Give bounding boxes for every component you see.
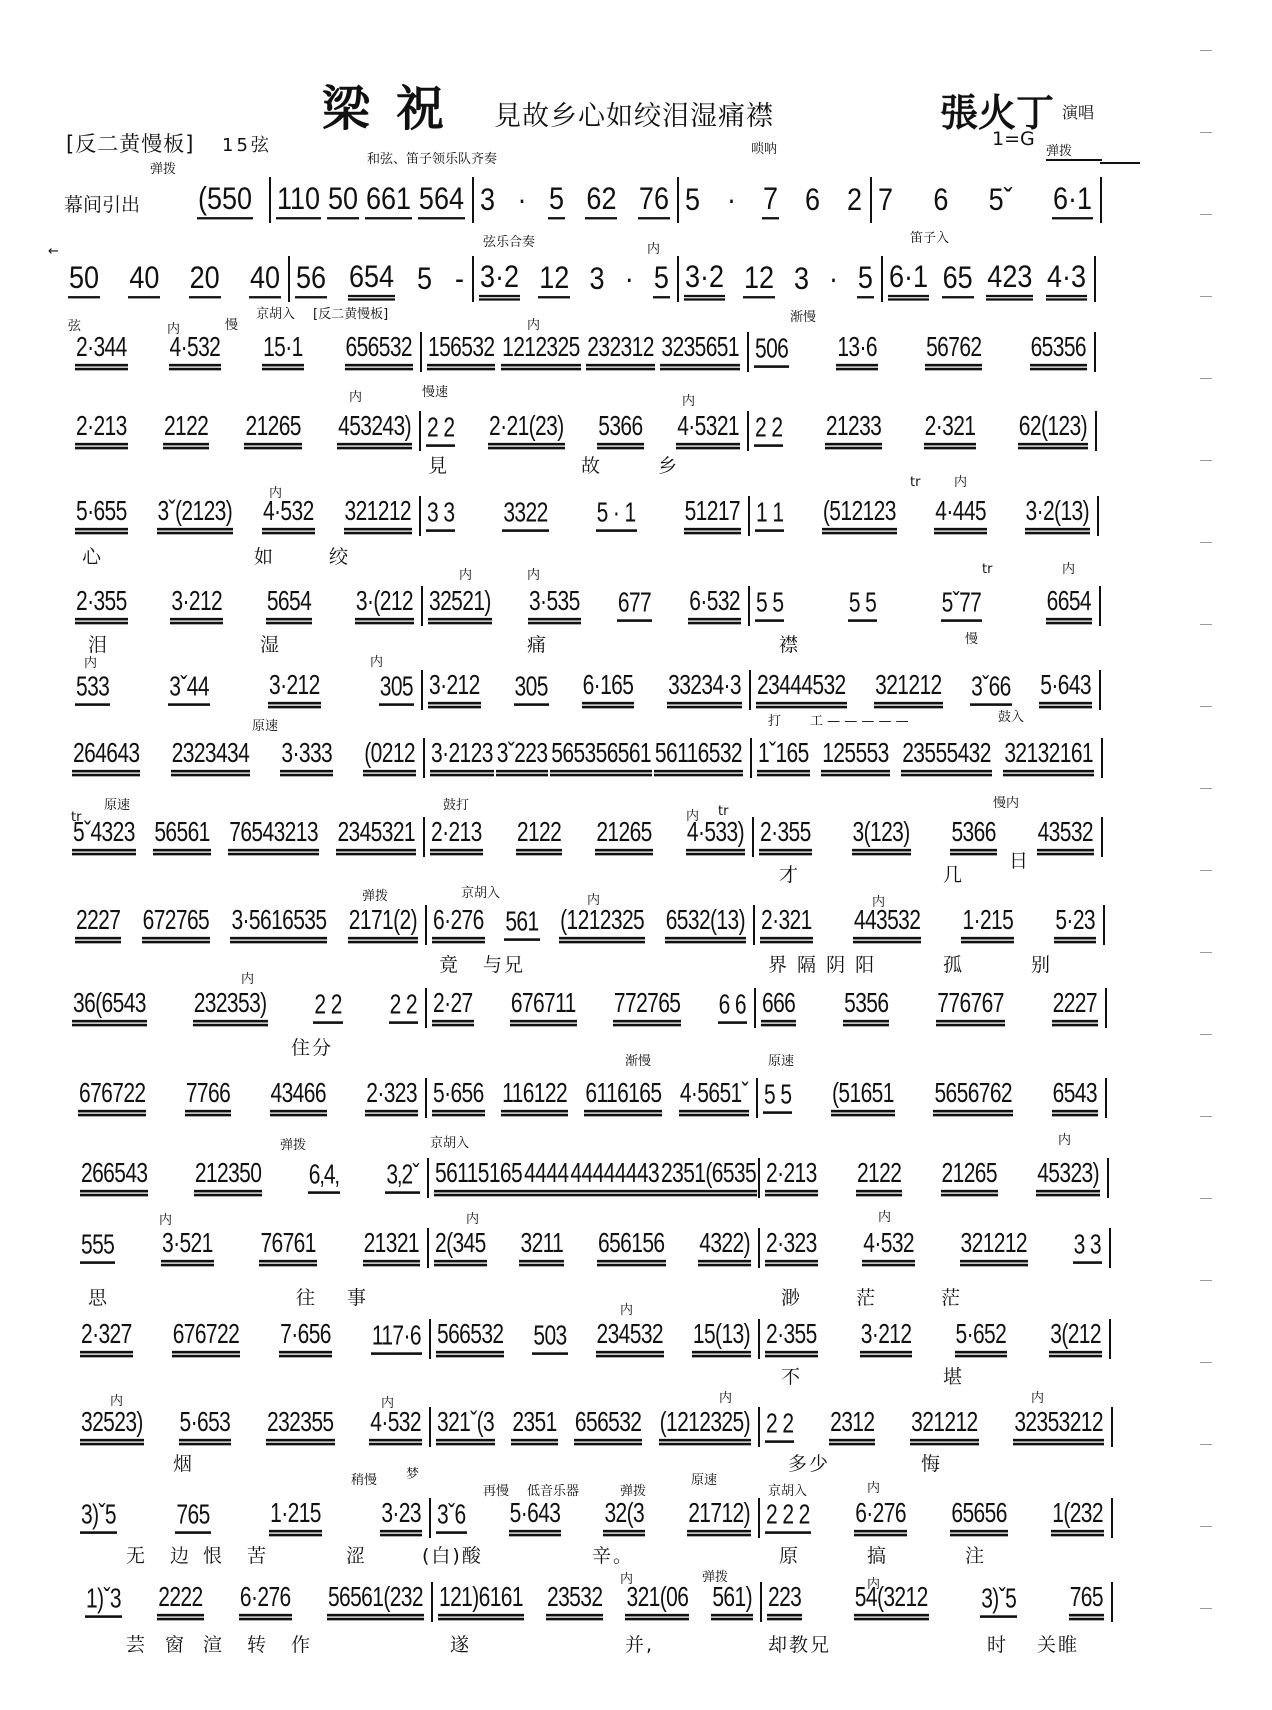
measure: 6767227766434662·323 — [78, 1075, 418, 1119]
measure: 3 333225 · 151217 — [426, 493, 741, 537]
measure: 6·1654234·3 — [888, 258, 1087, 302]
lyric-text: 往 — [296, 1288, 317, 1308]
lyric-text: 几 — [943, 865, 964, 885]
note-group: 43466 — [270, 1078, 327, 1116]
note-group: 56 — [295, 262, 327, 299]
measure: 765ˇ6·1 — [877, 179, 1093, 223]
lyric-text: 原 — [779, 1546, 800, 1566]
measure: 5ˇ432356561765432132345321 — [72, 814, 416, 858]
note-group: 56762 — [925, 332, 982, 370]
barline — [749, 670, 751, 710]
banqiang-label: [反二黄慢板] — [66, 128, 194, 158]
performance-annotation: 原速 — [691, 1474, 717, 1488]
measure: 22354(32123)ˇ5765 — [767, 1579, 1104, 1623]
barline — [1103, 905, 1105, 945]
note-group: 2·323 — [765, 1228, 818, 1266]
note-group: 40 — [249, 262, 281, 299]
performance-annotation: 内 — [620, 1304, 633, 1318]
note-group: 5366 — [950, 817, 996, 855]
note-group: 3·212 — [268, 670, 321, 708]
measure: 566545- — [295, 258, 465, 302]
score-line-8: 26464323234343·333(02123·21233ˇ223565356… — [0, 735, 1272, 779]
note-group: 3·333 — [280, 738, 333, 776]
margin-tick — [1200, 1116, 1212, 1117]
performance-annotation: 内 — [349, 391, 362, 405]
score-line-5: 5·6553ˇ(2123)4·5323212123 333225 · 15121… — [0, 493, 1272, 537]
note-group: 2222 — [157, 1582, 203, 1620]
performer-role: 演唱 — [1062, 100, 1094, 123]
barline — [758, 1498, 760, 1538]
measure: 5 5(5165156567626543 — [763, 1075, 1098, 1119]
note-group: 6·532 — [688, 586, 741, 624]
performance-annotation: 慢内 — [993, 797, 1019, 811]
measure: 36(6543232353)2 22 2 — [72, 985, 418, 1029]
note-group: 223 — [767, 1582, 802, 1620]
note-group: 4·532 — [369, 1407, 422, 1445]
note-group: 2·321 — [924, 411, 977, 449]
note-group: 2122 — [516, 817, 562, 855]
barline — [425, 905, 427, 945]
note-group: 2(345 — [434, 1228, 487, 1266]
barline — [758, 1228, 760, 1268]
performance-annotation: 京胡入 — [256, 308, 295, 322]
lyric-text: 痛 — [527, 635, 548, 655]
performance-annotation: 梦 — [406, 1468, 419, 1482]
performance-annotation: 工 — — — — — — [810, 715, 909, 729]
lyric-text: 思 — [88, 1288, 109, 1308]
note-group: 2122 — [163, 411, 209, 449]
barline — [758, 1158, 760, 1198]
note-group: 3 — [479, 184, 496, 219]
barline — [760, 1582, 762, 1622]
lyric-text: 悔 — [921, 1454, 942, 1474]
note-group: 2 — [846, 184, 863, 219]
note-group: 2·213 — [75, 411, 128, 449]
performance-annotation: 内 — [1031, 1392, 1044, 1406]
note-group: 423 — [986, 260, 1033, 300]
measure: 3·2123056·16533234·3 — [428, 667, 742, 711]
note-group: · — [726, 184, 737, 219]
lyric-text: 烟 — [173, 1454, 194, 1474]
note-group: 2323434 — [171, 738, 251, 776]
note-group: 21321 — [363, 1228, 420, 1266]
note-group: 6·276 — [239, 1582, 292, 1620]
score-line-18: 1)ˇ322226·27656561(232121)616123532321(0… — [0, 1579, 1272, 1623]
note-group: · — [516, 184, 527, 219]
measure: 1)ˇ322226·27656561(232 — [85, 1579, 424, 1623]
score-line-1: (550110506615643·562765·762765ˇ6·1 — [0, 179, 1272, 223]
note-group: 2 2 — [765, 1409, 794, 1443]
performance-annotation: 打 — [768, 715, 781, 729]
barline — [423, 738, 425, 778]
note-group: 1 1 — [755, 498, 784, 532]
note-group: 6·276 — [854, 1498, 907, 1536]
performance-annotation: 弹拨 — [702, 1571, 728, 1585]
performance-annotation: 内 — [241, 973, 254, 987]
measure: (550 — [197, 179, 262, 223]
note-group: 5·655 — [75, 496, 128, 534]
note-group: 4·445 — [934, 496, 987, 534]
note-group: 5 5 — [763, 1080, 792, 1114]
note-group: 656532 — [345, 332, 413, 370]
barline — [1094, 332, 1096, 372]
note-group: 533 — [75, 672, 110, 706]
barline — [1105, 1078, 1107, 1118]
barline — [1111, 1582, 1113, 1622]
note-group: 5ˇ77 — [941, 588, 983, 622]
note-group: (0212 — [363, 738, 416, 776]
note-group: 76 — [638, 183, 670, 220]
note-group: 21265 — [244, 411, 301, 449]
note-group: 1)ˇ3 — [85, 1584, 122, 1618]
barline — [1109, 1228, 1111, 1268]
note-group: 76543213 — [228, 817, 319, 855]
barline — [427, 1158, 429, 1198]
note-group: 65656 — [950, 1498, 1007, 1536]
note-group: 3(123) — [852, 817, 911, 855]
lyric-text: 界 隔 阴 阳 — [768, 955, 876, 975]
note-group: 2345321 — [336, 817, 416, 855]
note-group: 776767 — [936, 988, 1004, 1026]
performance-annotation: 再慢 — [483, 1485, 509, 1499]
performance-annotation: ← — [48, 245, 59, 259]
margin-tick — [1200, 378, 1212, 379]
note-group: 2227 — [75, 905, 121, 943]
score-line-12: 6767227766434662·3235·65611612261161654·… — [0, 1075, 1272, 1119]
score-line-6: 2·3553·21256543·(21232521)3·5356776·5325… — [0, 583, 1272, 627]
note-group: 661 — [365, 183, 412, 220]
note-group: 2·355 — [75, 586, 128, 624]
note-group: 36(6543 — [72, 988, 147, 1026]
lyric-text: 住分 — [291, 1038, 333, 1058]
performance-annotation: 内 — [686, 810, 699, 824]
note-group: 3·2123 — [430, 738, 494, 776]
margin-tick — [1200, 1608, 1212, 1609]
bracket-rule — [1100, 162, 1140, 164]
note-group: 2·27 — [432, 988, 474, 1026]
barline — [754, 988, 756, 1028]
barline — [472, 256, 474, 302]
barline — [1109, 1319, 1111, 1359]
margin-tick — [1200, 952, 1212, 953]
lyric-text: 无 — [126, 1546, 147, 1566]
measure: 5553·5217676121321 — [80, 1225, 420, 1269]
measure: 2·3553·21256543·(212 — [75, 583, 414, 627]
barline — [288, 256, 290, 302]
note-group: 656532 — [574, 1407, 642, 1445]
measure: 15653212123252323123235651 — [427, 329, 740, 373]
performance-annotation: 内 — [682, 395, 695, 409]
performance-annotation: tr — [718, 805, 728, 819]
barline — [747, 411, 749, 451]
note-group: 2·344 — [75, 332, 128, 370]
note-group: 12 — [538, 262, 570, 299]
note-group: 62(123) — [1018, 411, 1088, 449]
performance-annotation: 内 — [370, 656, 383, 670]
lyric-text: 转 — [247, 1635, 268, 1655]
note-group: 7 — [877, 184, 894, 219]
lyric-text: 泪 — [88, 635, 109, 655]
measure: 26464323234343·333(0212 — [72, 735, 416, 779]
note-group: 117·6 — [371, 1321, 422, 1355]
note-group: 23444532 — [756, 670, 847, 708]
note-group: 5 — [653, 262, 670, 299]
note-group: 6116165 — [584, 1078, 662, 1116]
note-group: (1212325 — [559, 905, 645, 943]
score-line-3: 2·3444·53215·165653215653212123252323123… — [0, 329, 1272, 373]
note-group: 666 — [761, 988, 796, 1026]
performance-annotation: 弹拨 — [620, 1485, 646, 1499]
note-group: 561 — [504, 907, 539, 941]
note-group: 676722 — [78, 1078, 146, 1116]
barline — [748, 586, 750, 626]
performance-annotation: 内 — [167, 323, 180, 337]
note-group: 6·276 — [432, 905, 485, 943]
measure: 321ˇ(32351656532(1212325) — [436, 1404, 751, 1448]
note-group: 125553 — [821, 738, 889, 776]
score-page: [反二黄慢板] 15弦 梁祝 見故乡心如绞泪湿痛襟 張火丁 演唱 1=G 弹拨 … — [0, 0, 1272, 1710]
performance-annotation: tr — [71, 811, 81, 825]
barline — [753, 905, 755, 945]
performance-annotation: 内 — [647, 243, 660, 257]
note-group: 7766 — [185, 1078, 231, 1116]
note-group: 3·23 — [380, 1498, 422, 1536]
note-group: 5·643 — [509, 1498, 562, 1536]
lyric-text: 却教兄 — [768, 1635, 831, 1655]
note-group: 6 — [804, 184, 821, 219]
note-group: 5 · 1 — [596, 498, 637, 532]
note-group: 765 — [1069, 1582, 1104, 1620]
note-group: 5·643 — [1039, 670, 1092, 708]
note-group: 3·521 — [161, 1228, 214, 1266]
note-group: 6·1 — [888, 260, 929, 300]
measure: 2(34532116561564322) — [434, 1225, 751, 1269]
note-group: 156532 — [427, 332, 495, 370]
performance-annotation: 鼓打 — [443, 799, 469, 813]
note-group: 5ˇ4323 — [72, 817, 136, 855]
note-group: 56115165 — [434, 1158, 523, 1196]
note-group: 3 — [793, 263, 810, 298]
note-group: 5366 — [597, 411, 643, 449]
barline — [425, 988, 427, 1028]
barline — [1097, 496, 1099, 536]
note-group: 4·532 — [169, 332, 222, 370]
measure: 2·21321222126545323) — [765, 1155, 1100, 1199]
note-group: 12 — [743, 262, 775, 299]
note-group: 32132161 — [1003, 738, 1094, 776]
note-group: 5 — [684, 184, 701, 219]
note-group: 56116532 — [654, 738, 743, 776]
note-group: 2 2 — [313, 990, 342, 1024]
performance-annotation: 渐慢 — [790, 311, 816, 325]
barline — [421, 586, 423, 626]
lyric-text: 不 — [781, 1367, 802, 1387]
barline — [748, 496, 750, 536]
note-group: 234532 — [596, 1319, 664, 1357]
note-group: 212350 — [194, 1158, 262, 1196]
note-group: 2·213 — [430, 817, 483, 855]
measure: 5·6553ˇ(2123)4·532321212 — [75, 493, 412, 537]
performance-annotation: 慢 — [225, 319, 238, 333]
note-group: 2351(6535 — [660, 1158, 757, 1196]
lyric-text: 竟 — [439, 955, 460, 975]
measure: 121)616123532321(06561) — [438, 1579, 753, 1623]
performance-annotation: 渐慢 — [625, 1055, 651, 1069]
measure: 2665432123506‚4‚3‚2ˇ — [80, 1155, 420, 1199]
note-group: 32523) — [80, 1407, 144, 1445]
note-group: 56561(232 — [327, 1582, 424, 1620]
note-group: 50 — [327, 183, 359, 220]
note-group: 3 3 — [426, 498, 455, 532]
margin-tick — [1200, 296, 1212, 297]
performance-annotation: 低音乐器 — [527, 1485, 579, 1499]
key-signature: 1=G — [992, 128, 1035, 150]
note-group: 5 5 — [848, 588, 877, 622]
lyric-text: 注 — [965, 1546, 986, 1566]
note-group: 266543 — [80, 1158, 148, 1196]
performance-annotation: 和弦、笛子领乐队齐奏 — [367, 153, 497, 167]
measure: 234445323212123ˇ665·643 — [756, 667, 1092, 711]
note-group: 51217 — [684, 496, 741, 534]
measure: 2·3444·53215·1656532 — [75, 329, 413, 373]
lyric-text: 别 — [1031, 955, 1052, 975]
barline — [747, 332, 749, 372]
measure: 1 1(5121234·4453·2(13) — [755, 493, 1090, 537]
note-group: 1ˇ165 — [757, 738, 810, 776]
measure: 5333ˇ443·212305 — [75, 667, 414, 711]
note-group: 321212 — [910, 1407, 978, 1445]
note-group: 4·532 — [262, 496, 315, 534]
barline — [677, 256, 679, 302]
performance-annotation: 唢呐 — [751, 143, 777, 157]
barline — [1099, 670, 1101, 710]
note-group: 50 — [68, 262, 100, 299]
note-group: 3ˇ66 — [970, 672, 1012, 706]
barline — [419, 496, 421, 536]
note-group: 656156 — [597, 1228, 665, 1266]
note-group: 6654 — [1046, 586, 1092, 624]
barline — [677, 177, 679, 223]
note-group: 2 2 — [389, 990, 418, 1024]
margin-tick — [1200, 542, 1212, 543]
score-line-10: 22276727653·56165352171(2)6·276561(12123… — [0, 902, 1272, 946]
lyric-text: 湿 — [260, 635, 281, 655]
note-group: 503 — [532, 1321, 567, 1355]
measure: 2·3234·5323212123 3 — [765, 1225, 1102, 1269]
lyric-text: 如 — [254, 547, 275, 567]
lyric-text: 辛。 — [592, 1546, 634, 1566]
measure: 5·762 — [684, 179, 863, 223]
note-group: 2351 — [511, 1407, 557, 1445]
score-line-11: 36(6543232353)2 22 22·276767117727656 66… — [0, 985, 1272, 1029]
note-group: 4444 — [523, 1158, 569, 1196]
note-group: 3ˇ(2123) — [157, 496, 234, 534]
note-group: 3‚2ˇ — [385, 1160, 420, 1194]
note-group: 2·327 — [80, 1319, 133, 1357]
lyric-text: 見 — [428, 456, 449, 476]
note-group: 7 — [762, 183, 779, 220]
note-group: 21265 — [941, 1158, 998, 1196]
note-group: 3)ˇ5 — [80, 1500, 117, 1534]
measure: 3·56276 — [479, 179, 670, 223]
note-group: 264643 — [72, 738, 140, 776]
margin-tick — [1200, 1444, 1212, 1445]
measure: 2 2 26·276656561(232 — [765, 1495, 1104, 1539]
note-group: (550 — [197, 183, 253, 220]
lyric-text: 作 — [291, 1635, 312, 1655]
note-group: 32521) — [428, 586, 492, 624]
barline — [472, 177, 474, 223]
lyric-text: 与兄 — [483, 955, 525, 975]
performance-annotation: 笛子入 — [910, 232, 949, 246]
performance-annotation: 原速 — [104, 799, 130, 813]
measure: 3·2123·5 — [684, 258, 874, 302]
note-group: 4·5321 — [676, 411, 740, 449]
note-group: 654 — [348, 260, 395, 300]
note-group: 564 — [418, 183, 465, 220]
score-line-13: 2665432123506‚4‚3‚2ˇ56115165444444444443… — [0, 1155, 1272, 1199]
measure: 2 22·21(23)53664·5321 — [426, 408, 740, 452]
lyric-text: 遂 — [450, 1635, 471, 1655]
barline — [1094, 256, 1096, 302]
margin-tick — [1200, 788, 1212, 789]
lyric-text: 事 — [347, 1288, 368, 1308]
performance-annotation: 内 — [466, 1213, 479, 1227]
performance-annotation: 内 — [878, 1211, 891, 1225]
performance-annotation: 京胡入 — [430, 1137, 469, 1151]
note-group: 6 — [932, 184, 949, 219]
measure: 6·276561(12123256532(13) — [432, 902, 746, 946]
measure: 32521)3·5356776·532 — [428, 583, 741, 627]
measure: 50613·65676265356 — [754, 329, 1087, 373]
note-group: 232312 — [586, 332, 654, 370]
margin-tick — [1200, 870, 1212, 871]
barline — [420, 332, 422, 372]
lyric-text: 芸 — [126, 1635, 147, 1655]
note-group: 566532 — [436, 1319, 504, 1357]
score-line-15: 2·3276767227·656117·656653250323453215(1… — [0, 1316, 1272, 1360]
performance-annotation: 京胡入 — [461, 887, 500, 901]
barline — [870, 177, 872, 223]
measure: 1ˇ1651255532355543232132161 — [757, 735, 1094, 779]
note-group: 3ˇ44 — [168, 672, 210, 706]
measure: 5 55 55ˇ776654 — [755, 583, 1092, 627]
barline — [425, 1078, 427, 1118]
performance-annotation: 内 — [867, 1578, 880, 1592]
measure: 2 2231232121232353212 — [765, 1404, 1104, 1448]
note-group: 561) — [711, 1582, 753, 1620]
performance-annotation: 弹拨 — [362, 890, 388, 904]
note-group: 3322 — [502, 498, 548, 532]
note-group: 3(212 — [1049, 1319, 1102, 1357]
note-group: 121)6161 — [438, 1582, 524, 1620]
note-group: 232355 — [266, 1407, 334, 1445]
barline — [429, 1498, 431, 1538]
note-group: 3·5616535 — [230, 905, 327, 943]
performance-annotation: 慢速 — [422, 386, 448, 400]
margin-tick — [1200, 132, 1212, 133]
note-group: 56561 — [153, 817, 210, 855]
note-group: 1·215 — [269, 1498, 322, 1536]
note-group: 2·323 — [365, 1078, 418, 1116]
note-group: 6·1 — [1052, 183, 1093, 220]
measure: 3·21233ˇ22356535656156116532 — [430, 735, 743, 779]
note-group: 321212 — [874, 670, 942, 708]
note-group: 4·532 — [862, 1228, 915, 1266]
note-group: 2312 — [829, 1407, 875, 1445]
barline — [758, 1407, 760, 1447]
performance-annotation: tr — [982, 563, 992, 577]
